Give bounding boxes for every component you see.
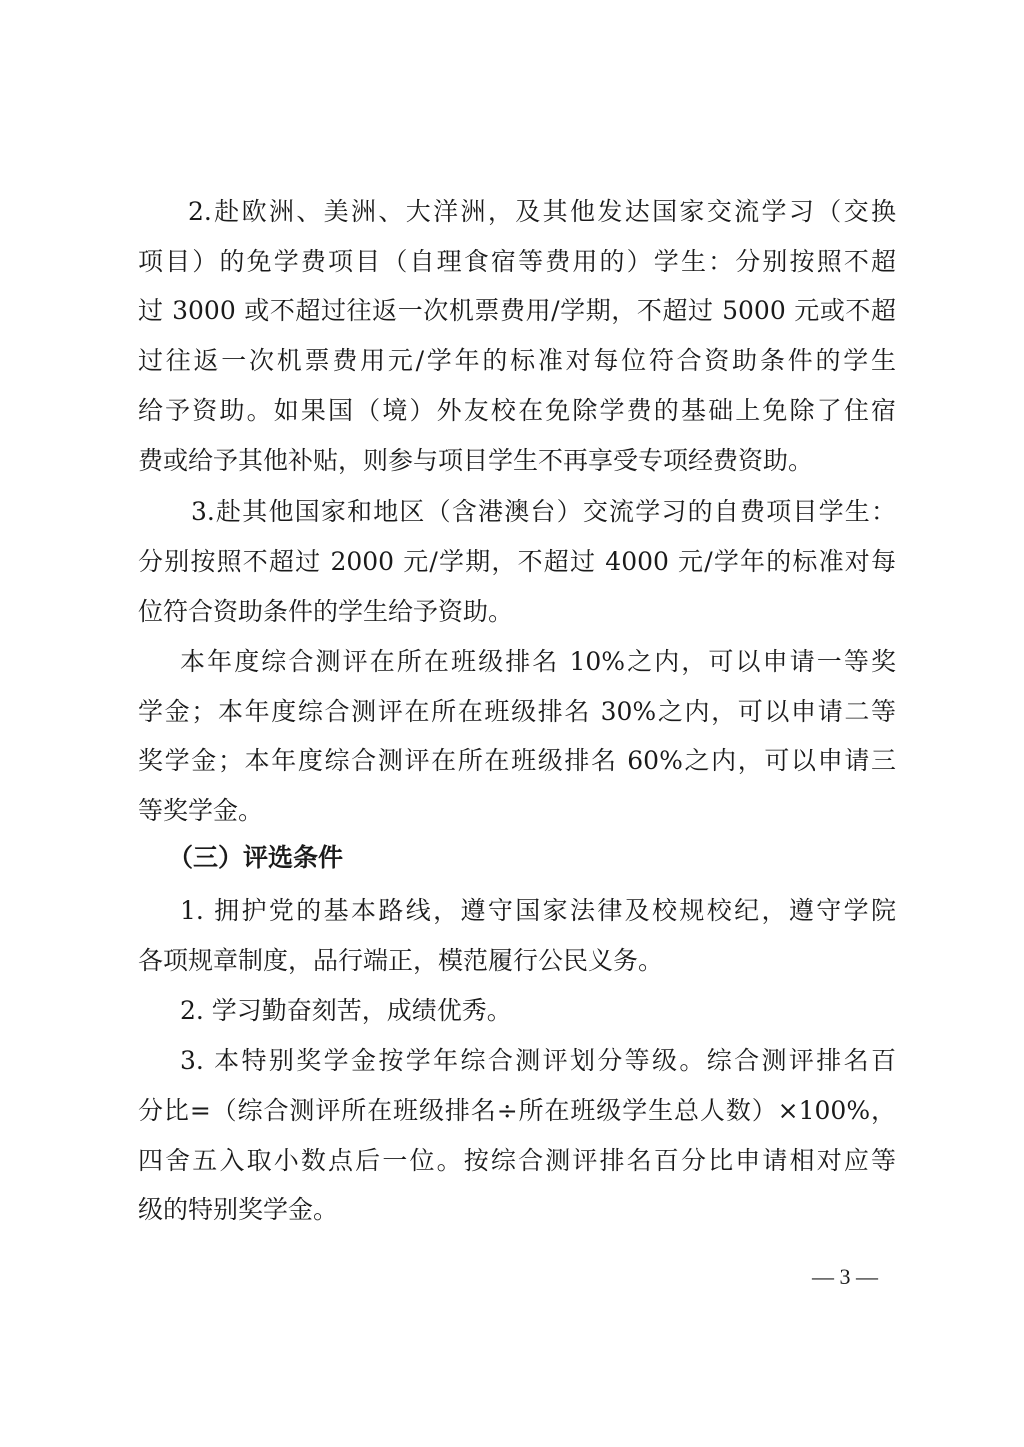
text-line: 位符合资助条件的学生给予资助。 [138, 592, 896, 632]
page-number: — 3 — [812, 1262, 878, 1292]
text-line: 过往返一次机票费用元/学年的标准对每位符合资助条件的学生 [138, 341, 896, 381]
text-line: 本年度综合测评在所在班级排名 10%之内，可以申请一等奖 [180, 642, 896, 682]
text-line: 分比=（综合测评所在班级排名÷所在班级学生总人数）×100%， [138, 1091, 896, 1131]
text-line: 2. 学习勤奋刻苦，成绩优秀。 [180, 991, 896, 1031]
text-line: 3. 本特别奖学金按学年综合测评划分等级。综合测评排名百 [180, 1041, 896, 1081]
text-line: 奖学金；本年度综合测评在所在班级排名 60%之内，可以申请三 [138, 741, 896, 781]
text-line: 费或给予其他补贴，则参与项目学生不再享受专项经费资助。 [138, 441, 896, 481]
text-line: 级的特别奖学金。 [138, 1190, 896, 1230]
text-line: 1. 拥护党的基本路线，遵守国家法律及校规校纪，遵守学院 [180, 891, 896, 931]
text-line: 过 3000 或不超过往返一次机票费用/学期，不超过 5000 元或不超 [138, 291, 896, 331]
text-line: 等奖学金。 [138, 791, 896, 831]
text-line: 学金；本年度综合测评在所在班级排名 30%之内，可以申请二等 [138, 692, 896, 732]
text-line: 各项规章制度，品行端正，模范履行公民义务。 [138, 941, 896, 981]
text-line: 分别按照不超过 2000 元/学期，不超过 4000 元/学年的标准对每 [138, 542, 896, 582]
text-line: 2.赴欧洲、美洲、大洋洲，及其他发达国家交流学习（交换 [188, 192, 896, 232]
text-line: 3.赴其他国家和地区（含港澳台）交流学习的自费项目学生： [191, 492, 896, 532]
document-page: 2.赴欧洲、美洲、大洋洲，及其他发达国家交流学习（交换 项目）的免学费项目（自理… [0, 0, 1024, 1447]
section-heading: （三）评选条件 [168, 838, 343, 878]
text-line: 四舍五入取小数点后一位。按综合测评排名百分比申请相对应等 [138, 1141, 896, 1181]
text-line: 项目）的免学费项目（自理食宿等费用的）学生：分别按照不超 [138, 242, 896, 282]
text-line: 给予资助。如果国（境）外友校在免除学费的基础上免除了住宿 [138, 391, 896, 431]
